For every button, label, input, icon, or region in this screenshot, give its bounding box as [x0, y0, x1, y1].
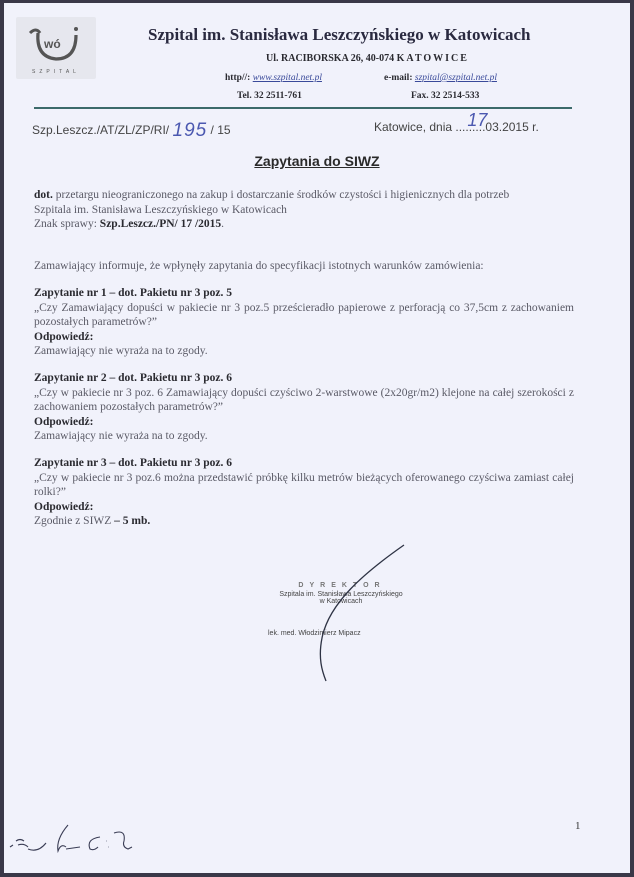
hospital-address: Ul. RACIBORSKA 26, 40-074 KATOWICE	[266, 53, 469, 64]
hospital-logo: wó SZPITAL	[16, 17, 96, 79]
svg-text:wó: wó	[43, 37, 61, 51]
website-link[interactable]: www.szpital.net.pl	[253, 73, 322, 83]
question-block-1: Zapytanie nr 1 – dot. Pakietu nr 3 poz. …	[34, 286, 574, 359]
email-link[interactable]: szpital@szpital.net.pl	[415, 73, 497, 83]
answer-label: Odpowiedź:	[34, 501, 93, 513]
info-paragraph: Zamawiający informuje, że wpłynęły zapyt…	[34, 259, 574, 274]
website-line: http//: www.szpital.net.pl	[225, 73, 322, 83]
question-text: „Czy w pakiecie nr 3 poz.6 można przedst…	[34, 471, 574, 500]
question-text: „Czy w pakiecie nr 3 poz. 6 Zamawiający …	[34, 386, 574, 415]
hospital-name: Szpital im. Stanisława Leszczyńskiego w …	[148, 25, 531, 45]
question-text: „Czy Zamawiający dopuści w pakiecie nr 3…	[34, 301, 574, 330]
answer-text: Zamawiający nie wyraża na to zgody.	[34, 429, 574, 444]
answer-text: Zgodnie z SIWZ – 5 mb.	[34, 514, 574, 529]
question-heading: Zapytanie nr 2 – dot. Pakietu nr 3 poz. …	[34, 372, 232, 384]
question-heading: Zapytanie nr 3 – dot. Pakietu nr 3 poz. …	[34, 457, 232, 469]
document-page: wó SZPITAL Szpital im. Stanisława Leszcz…	[4, 3, 630, 873]
intro-paragraph: dot. przetargu nieograniczonego na zakup…	[34, 188, 574, 232]
document-date: Katowice, dnia ........17.03.2015 r.	[374, 120, 539, 134]
reference-number: Szp.Leszcz./AT/ZL/ZP/RI/ 195 / 15	[32, 120, 231, 142]
handwritten-initials-icon	[6, 815, 156, 855]
answer-label: Odpowiedź:	[34, 416, 93, 428]
header-divider	[34, 107, 572, 109]
signature-stroke-icon	[304, 543, 414, 683]
answer-label: Odpowiedź:	[34, 331, 93, 343]
page-number: 1	[575, 820, 581, 832]
document-title: Zapytania do SIWZ	[4, 153, 630, 169]
question-block-3: Zapytanie nr 3 – dot. Pakietu nr 3 poz. …	[34, 456, 574, 529]
handwritten-day: 17	[467, 110, 487, 131]
question-block-2: Zapytanie nr 2 – dot. Pakietu nr 3 poz. …	[34, 371, 574, 444]
question-heading: Zapytanie nr 1 – dot. Pakietu nr 3 poz. …	[34, 287, 232, 299]
phone-number: Tel. 32 2511-761	[237, 91, 302, 101]
handwritten-number: 195	[173, 120, 208, 141]
smile-logo-icon: wó	[24, 23, 88, 67]
fax-number: Fax. 32 2514-533	[411, 91, 479, 101]
email-line: e-mail: szpital@szpital.net.pl	[384, 73, 497, 83]
case-number: Szp.Leszcz./PN/ 17 /2015	[100, 218, 221, 230]
answer-text: Zamawiający nie wyraża na to zgody.	[34, 344, 574, 359]
